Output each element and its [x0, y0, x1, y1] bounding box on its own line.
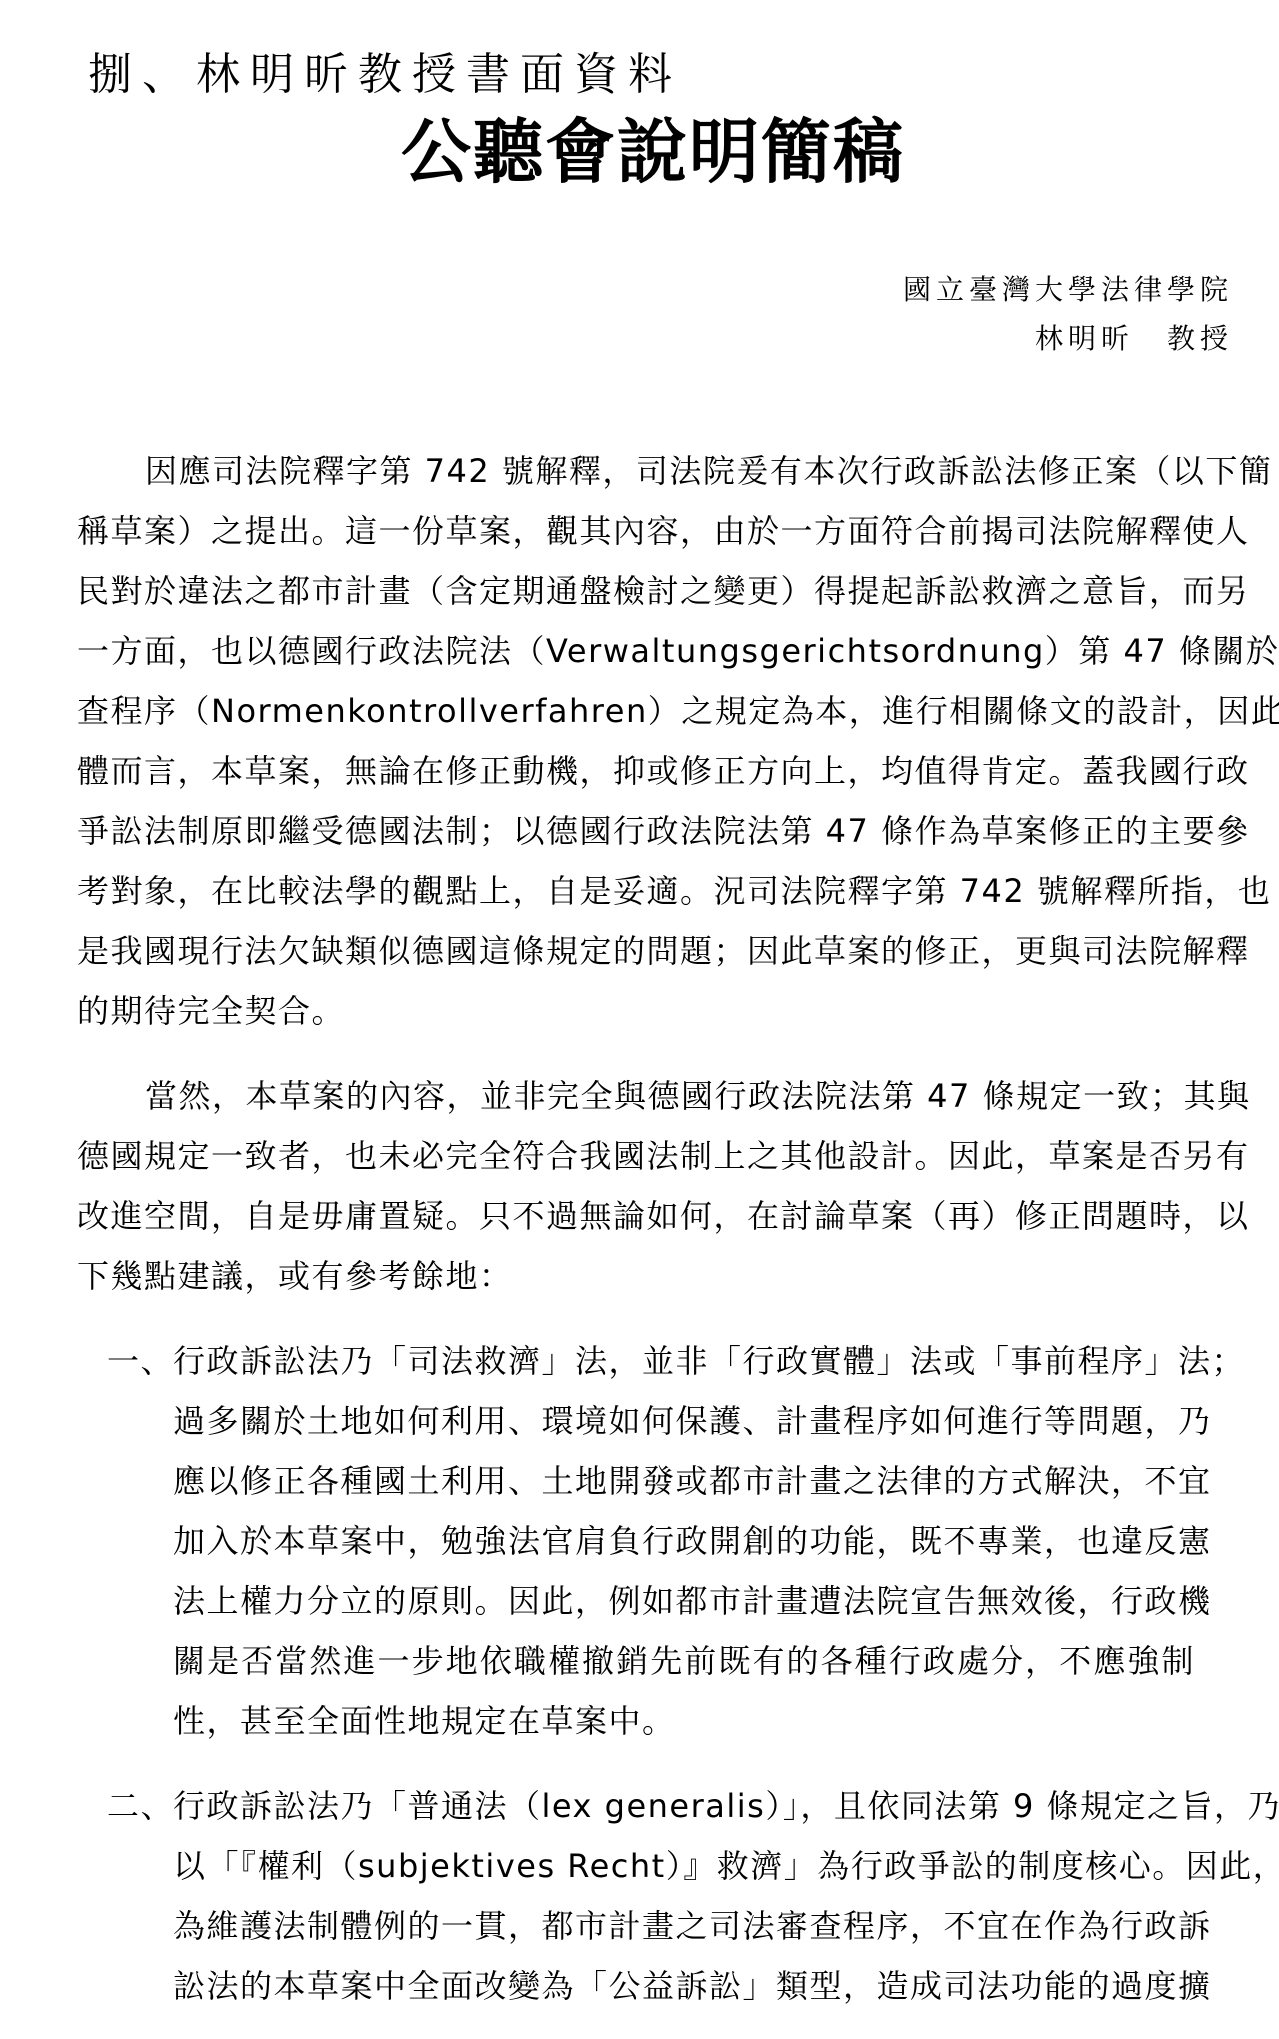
text-line: 德國規定一致者，也未必完全符合我國法制上之其他設計。因此，草案是否另有	[77, 1126, 1229, 1186]
paragraph-spacer	[77, 1306, 1229, 1331]
document-title: 公聽會說明簡稿	[0, 110, 1279, 194]
text-line: 以「『權利（subjektives Recht）』救濟」為行政爭訟的制度核心。因…	[173, 1836, 1195, 1896]
list-marker: 一、	[107, 1331, 174, 1391]
text-line: 應以修正各種國土利用、土地開發或都市計畫之法律的方式解決，不宜	[173, 1451, 1195, 1511]
text-line: 為維護法制體例的一貫，都市計畫之司法審查程序，不宜在作為行政訴	[173, 1896, 1195, 1956]
text-line: 關是否當然進一步地依職權撤銷先前既有的各種行政處分，不應強制	[173, 1631, 1195, 1691]
text-line: 訟法的本草案中全面改變為「公益訴訟」類型，造成司法功能的過度擴	[173, 1956, 1195, 2016]
text-line: 過多關於土地如何利用、環境如何保護、計畫程序如何進行等問題，乃	[173, 1391, 1195, 1451]
text-line: 加入於本草案中，勉強法官肩負行政開創的功能，既不專業，也違反憲	[173, 1511, 1195, 1571]
section-heading: 捌、林明昕教授書面資料	[88, 50, 682, 100]
text-line: 考對象，在比較法學的觀點上，自是妥適。況司法院釋字第 742 號解釋所指，也	[77, 861, 1229, 921]
list-item-text: 行政訴訟法乃「普通法（lex generalis）」，且依同法第 9 條規定之旨…	[173, 1776, 1195, 2016]
paragraph-spacer	[77, 1751, 1229, 1776]
paragraph-2: 當然，本草案的內容，並非完全與德國行政法院法第 47 條規定一致；其與 德國規定…	[77, 1066, 1229, 1306]
text-line: 因應司法院釋字第 742 號解釋，司法院爰有本次行政訴訟法修正案（以下簡	[77, 441, 1229, 501]
text-line: 行政訴訟法乃「司法救濟」法，並非「行政實體」法或「事前程序」法；	[173, 1331, 1195, 1391]
text-line: 當然，本草案的內容，並非完全與德國行政法院法第 47 條規定一致；其與	[77, 1066, 1229, 1126]
text-line: 的期待完全契合。	[77, 981, 1229, 1041]
author-name: 林明昕 教授	[1035, 322, 1233, 356]
document-body: 因應司法院釋字第 742 號解釋，司法院爰有本次行政訴訟法修正案（以下簡 稱草案…	[77, 441, 1229, 2016]
text-line: 查程序（Normenkontrollverfahren）之規定為本，進行相關條文…	[77, 681, 1229, 741]
text-line: 體而言，本草案，無論在修正動機，抑或修正方向上，均值得肯定。蓋我國行政	[77, 741, 1229, 801]
document-page: 捌、林明昕教授書面資料 公聽會說明簡稿 國立臺灣大學法律學院 林明昕 教授 因應…	[0, 0, 1279, 2039]
text-line: 是我國現行法欠缺類似德國這條規定的問題；因此草案的修正，更與司法院解釋	[77, 921, 1229, 981]
text-line: 法上權力分立的原則。因此，例如都市計畫遭法院宣告無效後，行政機	[173, 1571, 1195, 1631]
text-line: 稱草案）之提出。這一份草案，觀其內容，由於一方面符合前揭司法院解釋使人	[77, 501, 1229, 561]
text-line: 一方面，也以德國行政法院法（Verwaltungsgerichtsordnung…	[77, 621, 1229, 681]
text-line: 爭訟法制原即繼受德國法制；以德國行政法院法第 47 條作為草案修正的主要參	[77, 801, 1229, 861]
text-line: 性，甚至全面性地規定在草案中。	[173, 1691, 1195, 1751]
paragraph-1: 因應司法院釋字第 742 號解釋，司法院爰有本次行政訴訟法修正案（以下簡 稱草案…	[77, 441, 1229, 1041]
text-line: 民對於違法之都市計畫（含定期通盤檢討之變更）得提起訴訟救濟之意旨，而另	[77, 561, 1229, 621]
list-item-2: 二、 行政訴訟法乃「普通法（lex generalis）」，且依同法第 9 條規…	[77, 1776, 1229, 2016]
text-line: 行政訴訟法乃「普通法（lex generalis）」，且依同法第 9 條規定之旨…	[173, 1776, 1195, 1836]
list-item-1: 一、 行政訴訟法乃「司法救濟」法，並非「行政實體」法或「事前程序」法； 過多關於…	[77, 1331, 1229, 1751]
list-marker: 二、	[107, 1776, 174, 1836]
list-item-text: 行政訴訟法乃「司法救濟」法，並非「行政實體」法或「事前程序」法； 過多關於土地如…	[173, 1331, 1195, 1751]
text-line: 改進空間，自是毋庸置疑。只不過無論如何，在討論草案（再）修正問題時，以	[77, 1186, 1229, 1246]
paragraph-spacer	[77, 1041, 1229, 1066]
text-line: 下幾點建議，或有參考餘地：	[77, 1246, 1229, 1306]
author-affiliation: 國立臺灣大學法律學院	[903, 273, 1233, 307]
